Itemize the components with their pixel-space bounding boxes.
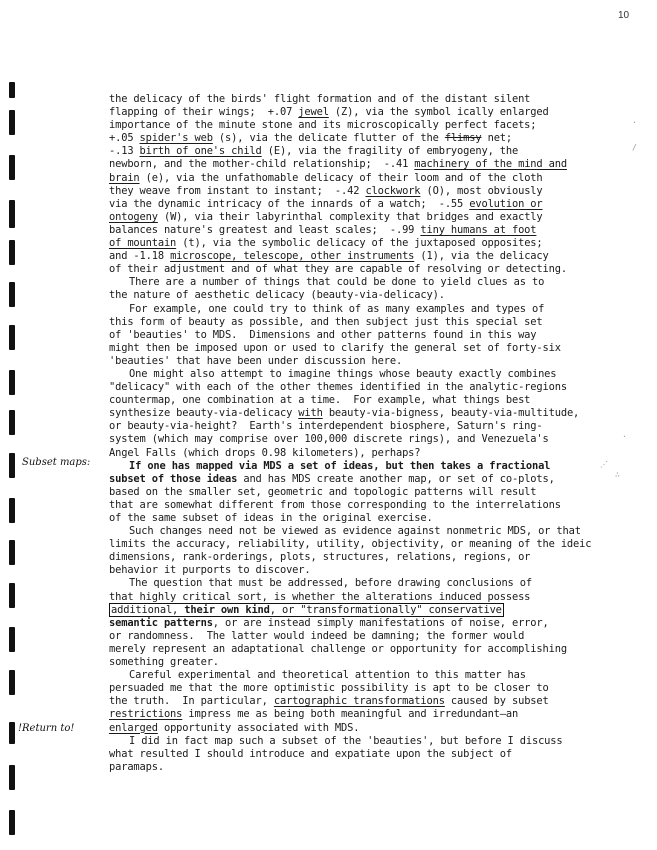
text-line: the truth. In particular, cartographic t… bbox=[109, 695, 649, 708]
binding-mark bbox=[9, 240, 15, 265]
text-line: -.13 birth of one's child (E), via the f… bbox=[109, 145, 649, 158]
text-line: subset of those ideas and has MDS create… bbox=[109, 473, 649, 486]
scan-speck: · bbox=[632, 118, 637, 127]
text-line: Such changes need not be viewed as evide… bbox=[109, 525, 649, 538]
binding-mark bbox=[9, 540, 15, 565]
binding-mark bbox=[9, 410, 15, 435]
scan-speck: · bbox=[622, 432, 627, 441]
text-line: synthesize beauty-via-delicacy with beau… bbox=[109, 407, 649, 420]
text-line: behavior it purports to discover. bbox=[109, 564, 649, 577]
text-line: of their adjustment and of what they are… bbox=[109, 263, 649, 276]
text-line: of mountain (t), via the symbolic delica… bbox=[109, 237, 649, 250]
text-line: If one has mapped via MDS a set of ideas… bbox=[109, 460, 649, 473]
text-line: persuaded me that the more optimistic po… bbox=[109, 682, 649, 695]
binding-mark bbox=[9, 110, 15, 135]
text-line: and -1.18 microscope, telescope, other i… bbox=[109, 250, 649, 263]
binding-mark bbox=[9, 627, 15, 652]
text-line: or beauty-via-height? Earth's interdepen… bbox=[109, 420, 649, 433]
binding-mark bbox=[9, 155, 15, 180]
text-line: via the dynamic intricacy of the innards… bbox=[109, 198, 649, 211]
text-line: restrictions impress me as being both me… bbox=[109, 708, 649, 721]
text-line: For example, one could try to think of a… bbox=[109, 303, 649, 316]
text-line: that are somewhat different from those c… bbox=[109, 499, 649, 512]
text-line: ontogeny (W), via their labyrinthal comp… bbox=[109, 211, 649, 224]
text-line: There are a number of things that could … bbox=[109, 276, 649, 289]
text-line: what resulted I should introduce and exp… bbox=[109, 748, 649, 761]
text-line: "delicacy" with each of the other themes… bbox=[109, 381, 649, 394]
text-line: The question that must be addressed, bef… bbox=[109, 577, 649, 590]
binding-mark bbox=[9, 325, 15, 350]
binding-mark bbox=[9, 82, 15, 98]
text-line: that highly critical sort, is whether th… bbox=[109, 591, 649, 604]
text-line: balances nature's greatest and least sca… bbox=[109, 224, 649, 237]
page-number: 10 bbox=[618, 10, 629, 21]
scan-speck: ⋰ bbox=[600, 460, 608, 469]
text-line: 'beauties' that have been under discussi… bbox=[109, 355, 649, 368]
text-line: One might also attempt to imagine things… bbox=[109, 368, 649, 381]
binding-mark bbox=[9, 498, 15, 523]
binding-mark bbox=[9, 583, 15, 608]
scan-speck: ∴ bbox=[615, 470, 620, 479]
text-line: dimensions, rank-orderings, plots, struc… bbox=[109, 551, 649, 564]
text-line: countermap, one combination at a time. F… bbox=[109, 394, 649, 407]
text-line: limits the accuracy, reliability, utilit… bbox=[109, 538, 649, 551]
text-line: system (which may comprise over 100,000 … bbox=[109, 433, 649, 446]
margin-note-subset-maps: Subset maps: bbox=[22, 457, 90, 468]
text-line: Careful experimental and theoretical att… bbox=[109, 669, 649, 682]
text-line: something greater. bbox=[109, 656, 649, 669]
scan-speck: / bbox=[632, 143, 637, 152]
text-line: importance of the minute stone and its m… bbox=[109, 119, 649, 132]
text-line: or randomness. The latter would indeed b… bbox=[109, 630, 649, 643]
text-line: additional, their own kind, or "transfor… bbox=[109, 604, 649, 617]
text-line: based on the smaller set, geometric and … bbox=[109, 486, 649, 499]
text-line: +.05 spider's web (s), via the delicate … bbox=[109, 132, 649, 145]
binding-mark bbox=[9, 453, 15, 478]
text-line: merely represent an adaptational challen… bbox=[109, 643, 649, 656]
binding-mark bbox=[9, 670, 15, 695]
text-line: brain (e), via the unfathomable delicacy… bbox=[109, 172, 649, 185]
binding-mark bbox=[9, 200, 15, 228]
text-line: the delicacy of the birds' flight format… bbox=[109, 93, 649, 106]
text-line: of 'beauties' to MDS. Dimensions and oth… bbox=[109, 329, 649, 342]
text-line: paramaps. bbox=[109, 761, 649, 774]
binding-mark bbox=[9, 810, 15, 835]
margin-note-return-to: !Return to! bbox=[18, 723, 74, 734]
binding-mark bbox=[9, 370, 15, 395]
binding-mark bbox=[9, 282, 15, 307]
text-line: they weave from instant to instant; -.42… bbox=[109, 185, 649, 198]
text-line: newborn, and the mother-child relationsh… bbox=[109, 158, 649, 171]
text-line: the nature of aesthetic delicacy (beauty… bbox=[109, 289, 649, 302]
binding-mark bbox=[9, 722, 15, 744]
text-line: of the same subset of ideas in the origi… bbox=[109, 512, 649, 525]
text-line: this form of beauty as possible, and the… bbox=[109, 316, 649, 329]
text-line: enlarged opportunity associated with MDS… bbox=[109, 722, 649, 735]
text-line: Angel Falls (which drops 0.98 kilometers… bbox=[109, 447, 649, 460]
text-line: I did in fact map such a subset of the '… bbox=[109, 735, 649, 748]
text-line: flapping of their wings; +.07 jewel (Z),… bbox=[109, 106, 649, 119]
binding-mark bbox=[9, 765, 15, 790]
document-body: the delicacy of the birds' flight format… bbox=[109, 93, 649, 774]
text-line: semantic patterns, or are instead simply… bbox=[109, 617, 649, 630]
text-line: might then be imposed upon or used to cl… bbox=[109, 342, 649, 355]
